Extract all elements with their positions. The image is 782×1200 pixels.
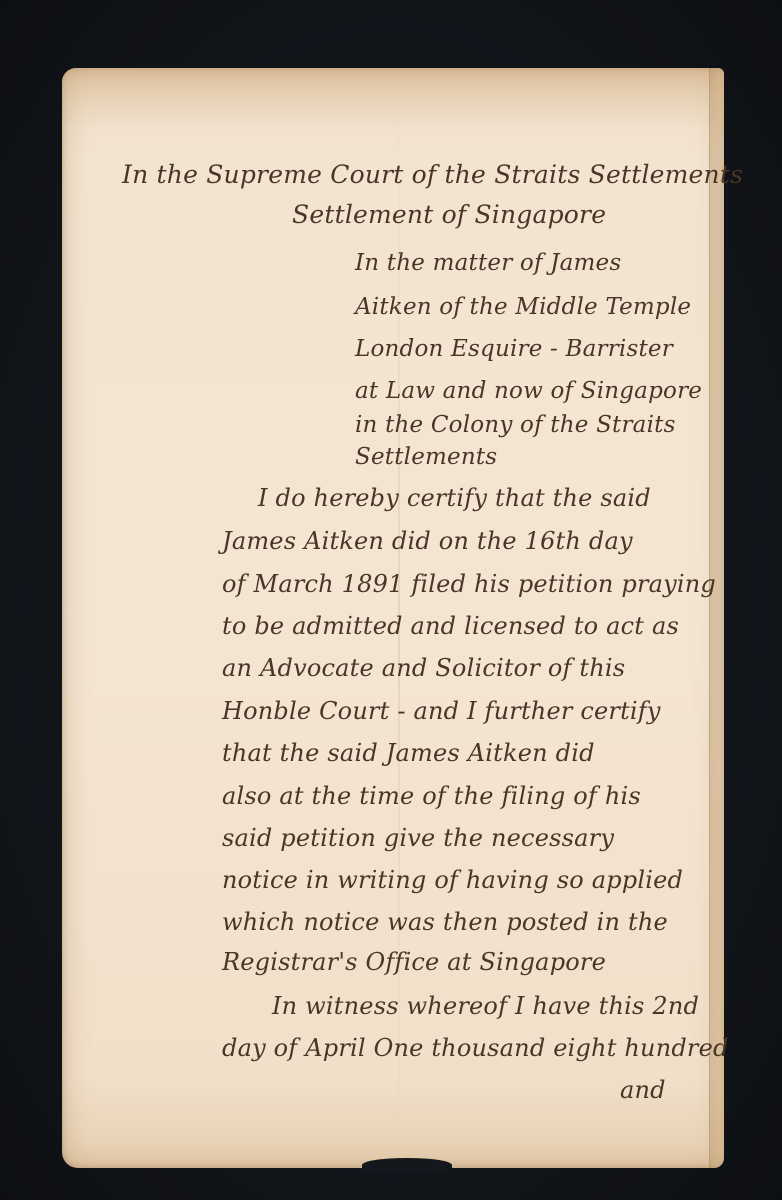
closing-line-1: In witness whereof I have this 2nd xyxy=(272,992,699,1020)
matter-line-2: Aitken of the Middle Temple xyxy=(355,294,691,320)
body-line-2: James Aitken did on the 16th day xyxy=(222,527,633,555)
court-heading-line-1: In the Supreme Court of the Straits Sett… xyxy=(122,160,743,189)
body-line-7: that the said James Aitken did xyxy=(222,739,595,767)
matter-line-4: at Law and now of Singapore xyxy=(355,378,702,404)
body-line-8: also at the time of the filing of his xyxy=(222,782,641,810)
age-stain xyxy=(62,68,724,128)
catchword: and xyxy=(620,1076,666,1104)
body-line-11: which notice was then posted in the xyxy=(222,908,668,936)
page-edge-strip xyxy=(709,68,724,1168)
torn-edge xyxy=(362,1158,452,1172)
body-line-12: Registrar's Office at Singapore xyxy=(222,948,606,976)
body-line-6: Honble Court - and I further certify xyxy=(222,697,661,725)
matter-line-6: Settlements xyxy=(355,444,497,470)
matter-line-1: In the matter of James xyxy=(355,250,621,276)
body-line-1: I do hereby certify that the said xyxy=(258,484,651,512)
matter-line-5: in the Colony of the Straits xyxy=(355,412,676,438)
matter-line-3: London Esquire - Barrister xyxy=(355,336,673,362)
body-line-3: of March 1891 filed his petition praying xyxy=(222,570,716,598)
body-line-4: to be admitted and licensed to act as xyxy=(222,612,679,640)
body-line-9: said petition give the necessary xyxy=(222,824,614,852)
body-line-10: notice in writing of having so applied xyxy=(222,866,683,894)
court-heading-line-2: Settlement of Singapore xyxy=(292,200,606,229)
body-line-5: an Advocate and Solicitor of this xyxy=(222,654,625,682)
closing-line-2: day of April One thousand eight hundred xyxy=(222,1034,729,1062)
